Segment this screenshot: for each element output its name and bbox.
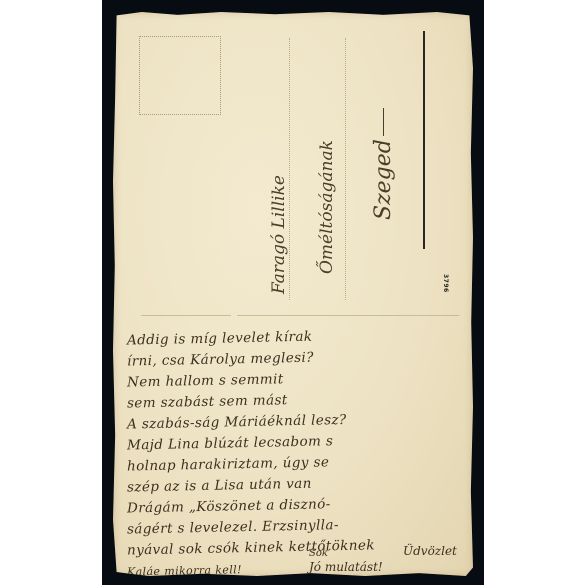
catalog-number: 3796 [442,274,449,293]
address-line-3: Szeged [371,139,396,220]
address-line-1: Faragó Lillike [269,175,289,294]
closing-right: Üdvözlet [403,544,457,558]
signature: Jó mulatást! [309,560,383,574]
address-divider-right [345,38,346,300]
message-rule-left [141,315,231,316]
address-underline-dash [383,108,384,136]
address-divider-left [289,38,290,300]
message-rule-right [237,315,459,316]
handwritten-message: Addig is míg levelet kírak írni, csa Kár… [127,327,465,579]
stamp-placeholder-box [139,36,221,115]
address-rule-line [423,31,425,249]
postcard: 3796 Faragó Lillike Őméltóságának Szeged… [113,12,473,576]
closing-left: Sok [309,548,328,559]
address-line-2: Őméltóságának [317,140,337,274]
